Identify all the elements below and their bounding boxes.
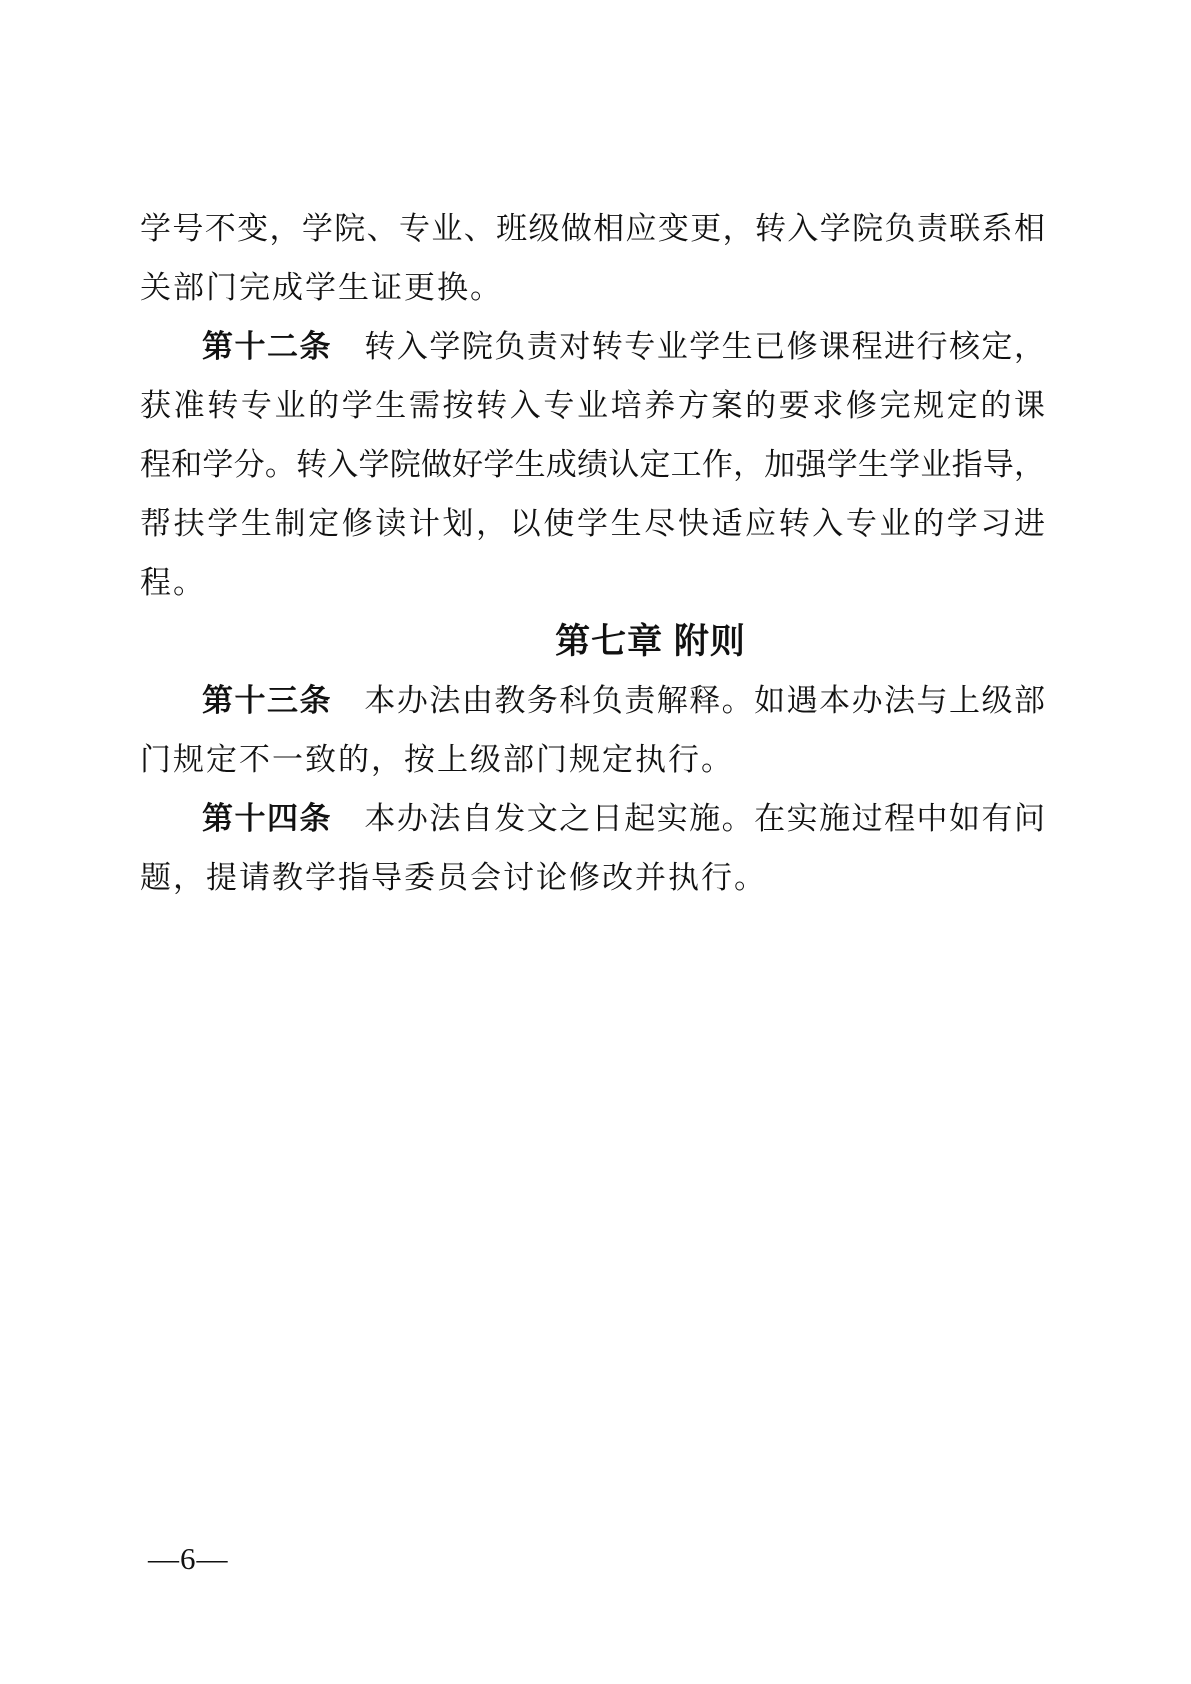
text-run: 本办法由教务科负责解释。如遇本办法与上级部 xyxy=(332,683,1045,718)
text-line: 关部门完成学生证更换。 xyxy=(140,258,1045,317)
text-line: 帮扶学生制定修读计划，以使学生尽快适应转入专业的学习进 xyxy=(140,494,1045,553)
text-run: 学号不变，学院、专业、班级做相应变更，转入学院负责联系相 xyxy=(140,211,1045,246)
text-line: 程。 xyxy=(140,553,1045,612)
text-run: 本办法自发文之日起实施。在实施过程中如有问 xyxy=(332,801,1045,836)
text-line: 学号不变，学院、专业、班级做相应变更，转入学院负责联系相 xyxy=(140,199,1045,258)
text-line: 获准转专业的学生需按转入专业培养方案的要求修完规定的课 xyxy=(140,376,1045,435)
text-run: 帮扶学生制定修读计划，以使学生尽快适应转入专业的学习进 xyxy=(140,506,1045,541)
text-line: 程和学分。转入学院做好学生成绩认定工作，加强学生学业指导， xyxy=(140,435,1045,494)
text-line: 第十二条 转入学院负责对转专业学生已修课程进行核定， xyxy=(140,317,1045,376)
text-line: 第十四条 本办法自发文之日起实施。在实施过程中如有问 xyxy=(140,789,1045,848)
text-run: 转入学院负责对转专业学生已修课程进行核定， xyxy=(332,329,1045,364)
page-number: —6— xyxy=(148,1539,229,1579)
text-line: 第十三条 本办法由教务科负责解释。如遇本办法与上级部 xyxy=(140,671,1045,730)
text-run: 获准转专业的学生需按转入专业培养方案的要求修完规定的课 xyxy=(140,388,1045,423)
text-line: 门规定不一致的，按上级部门规定执行。 xyxy=(140,730,1045,789)
text-run: 门规定不一致的，按上级部门规定执行。 xyxy=(140,742,734,777)
text-run: 程。 xyxy=(140,565,206,600)
text-run: 关部门完成学生证更换。 xyxy=(140,270,503,305)
text-line: 题，提请教学指导委员会讨论修改并执行。 xyxy=(140,848,1045,907)
bold-term: 第十四条 xyxy=(202,801,332,836)
text-run: 程和学分。转入学院做好学生成绩认定工作，加强学生学业指导， xyxy=(140,447,1045,482)
chapter-heading: 第七章 附则 xyxy=(198,612,1103,671)
document-body: 学号不变，学院、专业、班级做相应变更，转入学院负责联系相关部门完成学生证更换。第… xyxy=(140,199,1045,907)
bold-term: 第七章 附则 xyxy=(555,622,746,661)
text-run: 题，提请教学指导委员会讨论修改并执行。 xyxy=(140,860,767,895)
bold-term: 第十二条 xyxy=(202,329,332,364)
bold-term: 第十三条 xyxy=(202,683,332,718)
document-page: 学号不变，学院、专业、班级做相应变更，转入学院负责联系相关部门完成学生证更换。第… xyxy=(0,0,1191,1684)
